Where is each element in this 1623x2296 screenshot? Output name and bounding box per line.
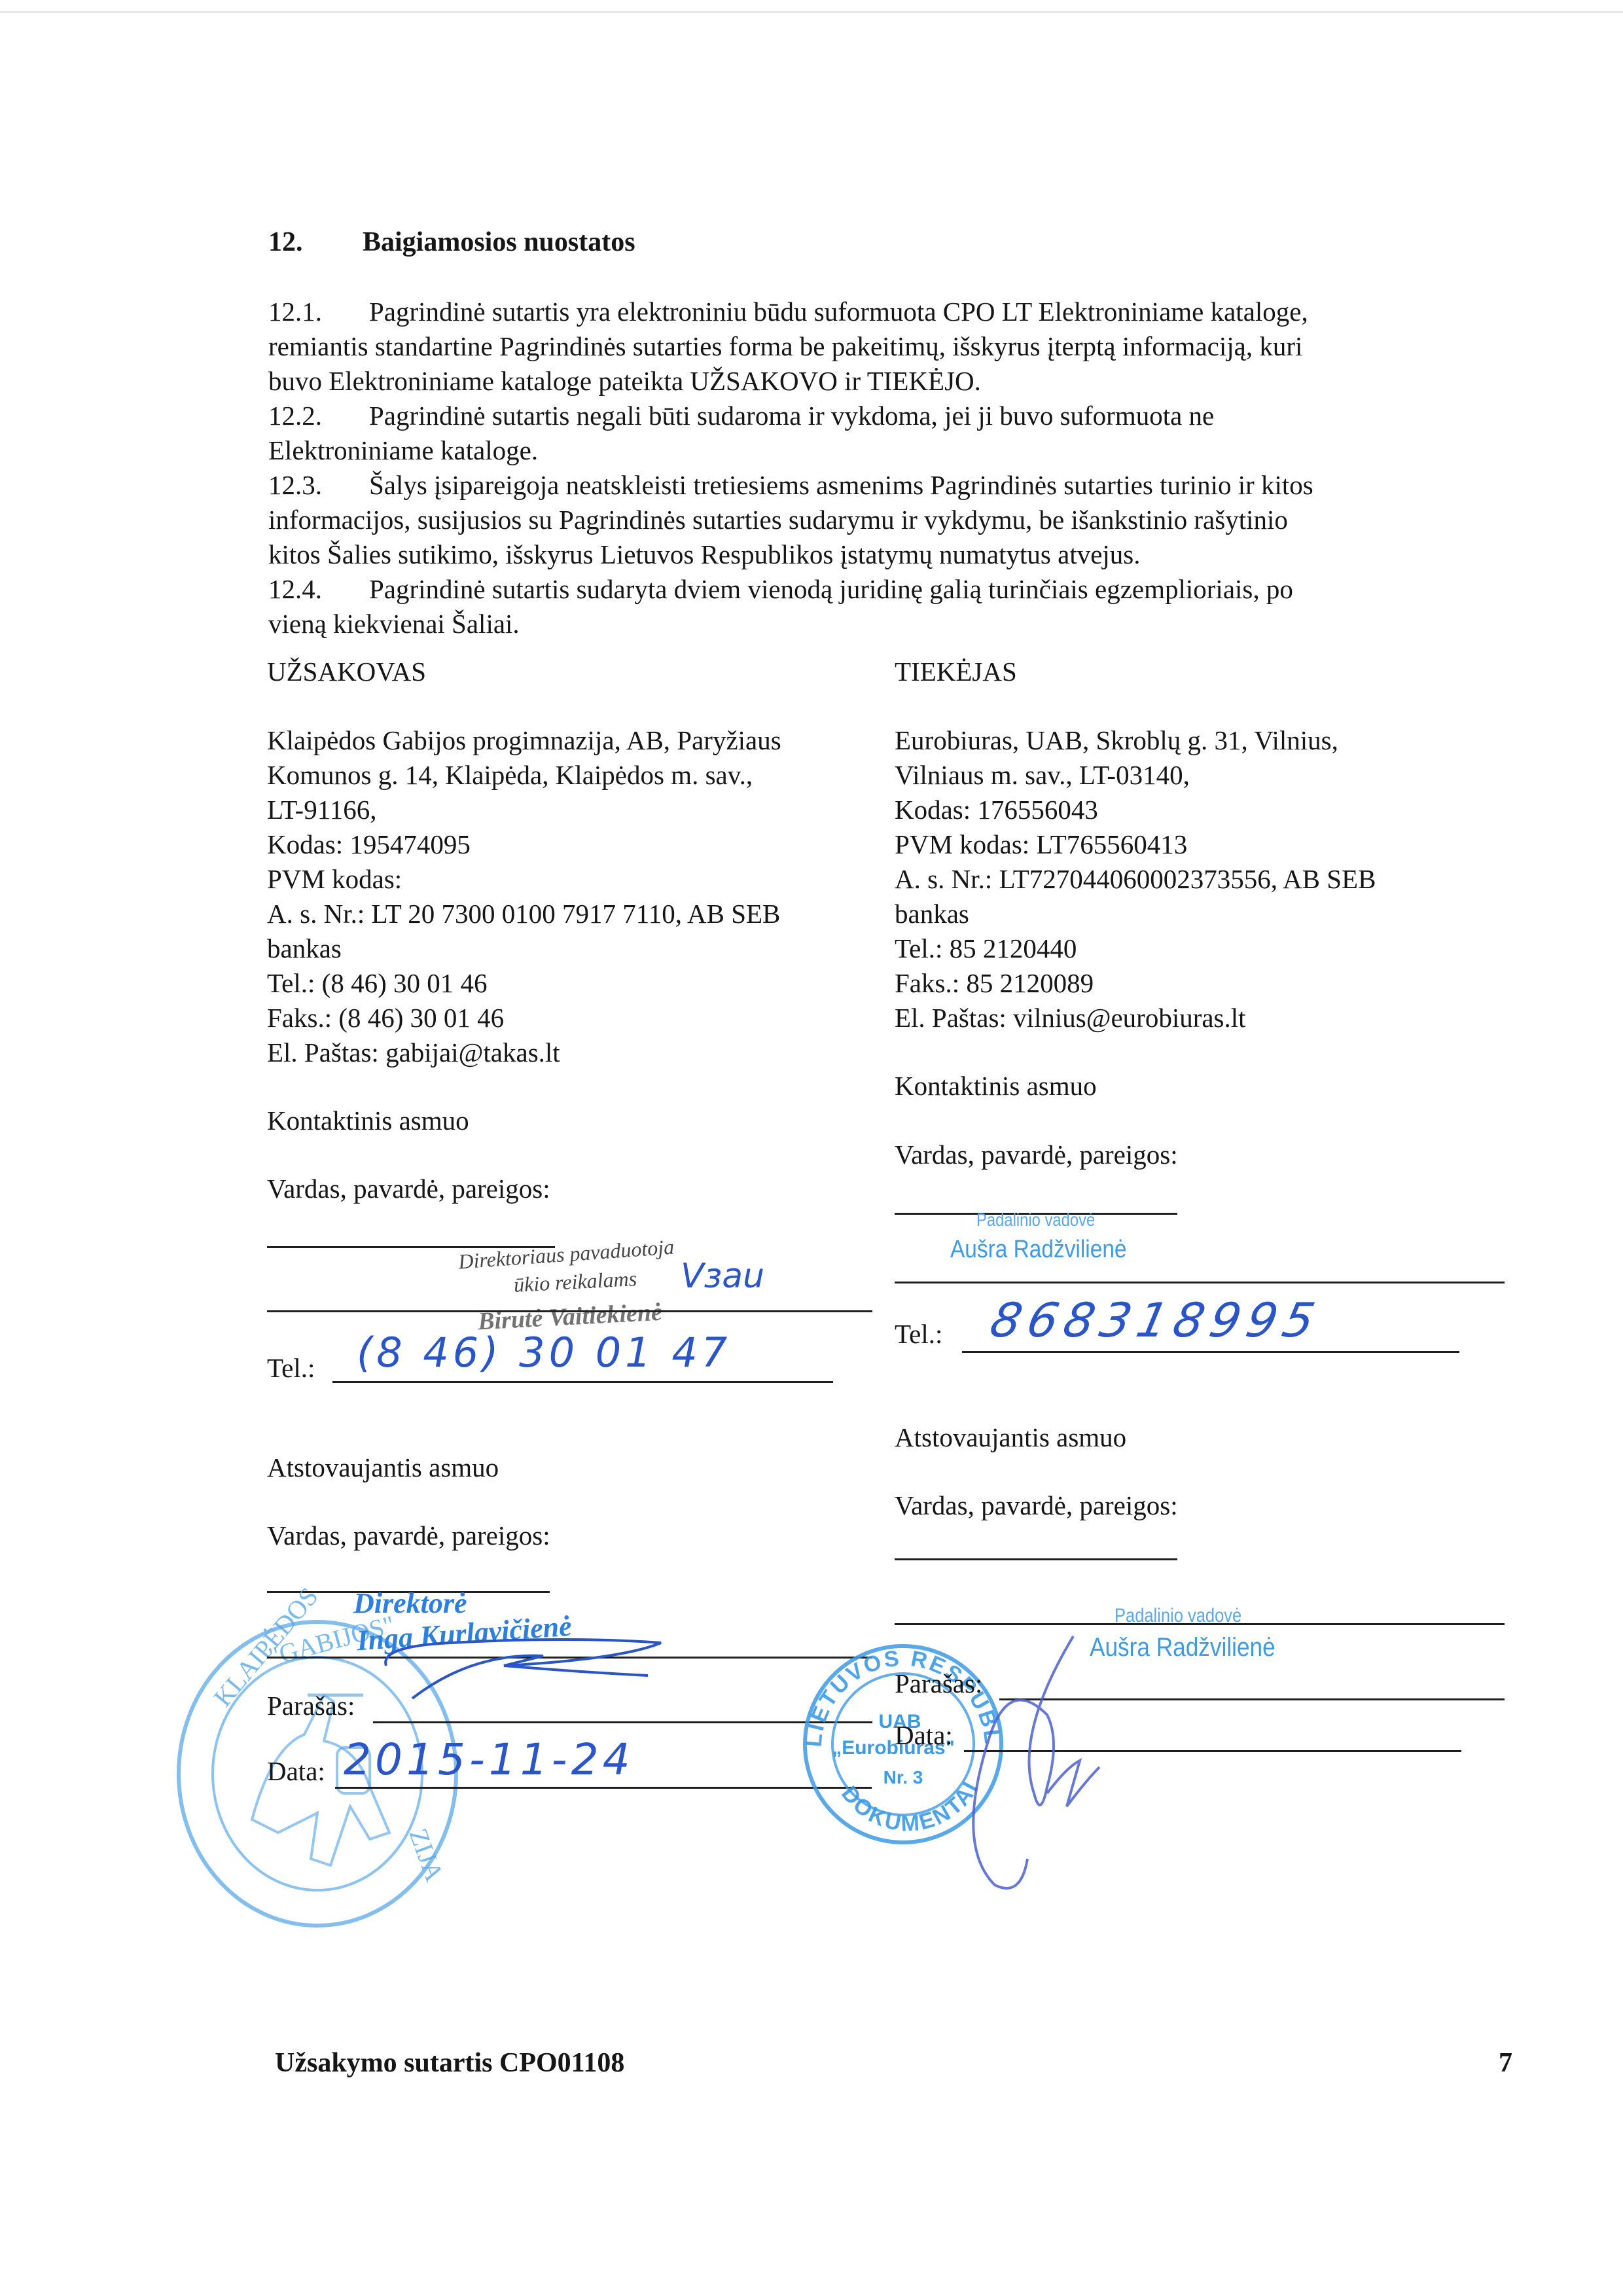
clause-12-3-line-1: 12.3.Šalys įsipareigoja neatskleisti tre… (268, 468, 1313, 503)
section-number: 12. (268, 225, 363, 260)
clause-number: 12.1. (268, 295, 369, 329)
supplier-detail-line: bankas (895, 897, 1376, 931)
supplier-rep-stamp-title: Padalinio vadovė (1115, 1605, 1241, 1627)
supplier-rep-stamp-name: Aušra Radžvilienė (1090, 1633, 1275, 1662)
scan-top-edge (0, 11, 1623, 13)
supplier-name-line-2 (895, 1282, 1505, 1283)
customer-name-line-2 (267, 1310, 872, 1312)
customer-detail-line: Klaipėdos Gabijos progimnazija, AB, Pary… (267, 723, 781, 758)
supplier-rep-name-line (895, 1558, 1177, 1560)
customer-vat-code: PVM kodas: (267, 862, 781, 897)
supplier-signature-icon (916, 1571, 1113, 1911)
supplier-vat-code: PVM kodas: LT765560413 (895, 827, 1376, 862)
clause-12-4-line-2: vieną kiekvienai Šaliai. (268, 607, 1313, 641)
customer-detail-line: bankas (267, 931, 781, 966)
clause-text: Pagrindinė sutartis yra elektroniniu būd… (369, 296, 1308, 327)
customer-contact-stamp-line2: ūkio reikalams (513, 1266, 637, 1297)
customer-tel-label: Tel.: (267, 1351, 315, 1386)
customer-signature-icon (373, 1626, 648, 1705)
supplier-email: El. Paštas: vilnius@eurobiuras.lt (895, 1001, 1376, 1035)
customer-code: Kodas: 195474095 (267, 827, 781, 862)
customer-role: UŽSAKOVAS (267, 655, 426, 689)
clause-12-3-line-3: kitos Šalies sutikimo, išskyrus Lietuvos… (268, 537, 1313, 572)
section-title: Baigiamosios nuostatos (363, 227, 635, 257)
supplier-role: TIEKĖJAS (895, 655, 1017, 689)
clause-text: Pagrindinė sutartis negali būti sudaroma… (369, 401, 1214, 431)
clause-12-3-line-2: informacijos, susijusios su Pagrindinės … (268, 503, 1313, 537)
clause-number: 12.3. (268, 468, 369, 503)
clause-text: Šalys įsipareigoja neatskleisti tretiesi… (369, 470, 1313, 500)
clause-12-4-line-1: 12.4.Pagrindinė sutartis sudaryta dviem … (268, 572, 1313, 607)
supplier-name-label: Vardas, pavardė, pareigos: (895, 1138, 1178, 1172)
footer-title: Užsakymo sutartis CPO01108 (275, 2047, 624, 2079)
supplier-rep-label: Atstovaujantis asmuo (895, 1420, 1126, 1455)
customer-details: Klaipėdos Gabijos progimnazija, AB, Pary… (267, 723, 781, 1070)
customer-detail-line: Komunos g. 14, Klaipėda, Klaipėdos m. sa… (267, 758, 781, 793)
section-heading: 12.Baigiamosios nuostatos (268, 225, 635, 260)
supplier-phone: Tel.: 85 2120440 (895, 931, 1376, 966)
clause-number: 12.4. (268, 572, 369, 607)
customer-rep-name-label: Vardas, pavardė, pareigos: (267, 1518, 550, 1553)
supplier-contact-stamp-title: Padalinio vadovė (976, 1210, 1095, 1230)
customer-date-handwritten: 2015-11-24 (344, 1734, 634, 1785)
clause-12-1-line-2: remiantis standartine Pagrindinės sutart… (268, 329, 1313, 364)
customer-contact-stamp-line1: Direktoriaus pavaduotoja (457, 1235, 675, 1274)
clauses: 12.1.Pagrindinė sutartis yra elektronini… (268, 295, 1313, 641)
customer-fax: Faks.: (8 46) 30 01 46 (267, 1001, 781, 1035)
customer-date-line (335, 1787, 872, 1789)
supplier-tel-line (962, 1351, 1459, 1353)
supplier-tel-handwritten: 868318995 (986, 1293, 1326, 1348)
clause-12-2-line-1: 12.2.Pagrindinė sutartis negali būti sud… (268, 399, 1313, 433)
supplier-detail-line: Eurobiuras, UAB, Skroblų g. 31, Vilnius, (895, 723, 1376, 758)
clause-12-1-line-1: 12.1.Pagrindinė sutartis yra elektronini… (268, 295, 1313, 329)
supplier-detail-line: Vilniaus m. sav., LT-03140, (895, 758, 1376, 793)
clause-number: 12.2. (268, 399, 369, 433)
customer-email: El. Paštas: gabijai@takas.lt (267, 1035, 781, 1070)
customer-tel-line (332, 1381, 833, 1383)
customer-bank-account: A. s. Nr.: LT 20 7300 0100 7917 7110, AB… (267, 897, 781, 931)
svg-text:ZIJA: ZIJA (404, 1825, 450, 1886)
customer-phone: Tel.: (8 46) 30 01 46 (267, 966, 781, 1001)
supplier-bank-account: A. s. Nr.: LT727044060002373556, AB SEB (895, 862, 1376, 897)
supplier-tel-label: Tel.: (895, 1317, 942, 1352)
customer-contact-label: Kontaktinis asmuo (267, 1103, 469, 1138)
supplier-details: Eurobiuras, UAB, Skroblų g. 31, Vilnius,… (895, 723, 1376, 1035)
supplier-rep-name-label: Vardas, pavardė, pareigos: (895, 1488, 1178, 1523)
customer-contact-initials: Vзau (681, 1257, 764, 1296)
supplier-code: Kodas: 176556043 (895, 793, 1376, 827)
customer-tel-handwritten: (8 46) 30 01 47 (357, 1329, 731, 1376)
customer-date-label: Data: (267, 1754, 325, 1789)
supplier-contact-stamp-name: Aušra Radžvilienė (950, 1236, 1127, 1264)
customer-rep-stamp-title: Direktorė (353, 1587, 467, 1620)
clause-12-1-line-3: buvo Elektroniniame kataloge pateikta UŽ… (268, 364, 1313, 399)
supplier-contact-label: Kontaktinis asmuo (895, 1069, 1097, 1103)
customer-rep-label: Atstovaujantis asmuo (267, 1450, 499, 1485)
clause-12-2-line-2: Elektroniniame kataloge. (268, 433, 1313, 468)
customer-detail-line: LT-91166, (267, 793, 781, 827)
customer-signature-label: Parašas: (267, 1689, 355, 1723)
customer-name-label: Vardas, pavardė, pareigos: (267, 1172, 550, 1206)
supplier-fax: Faks.: 85 2120089 (895, 966, 1376, 1001)
page-number: 7 (1499, 2047, 1512, 2079)
clause-text: Pagrindinė sutartis sudaryta dviem vieno… (369, 574, 1293, 604)
